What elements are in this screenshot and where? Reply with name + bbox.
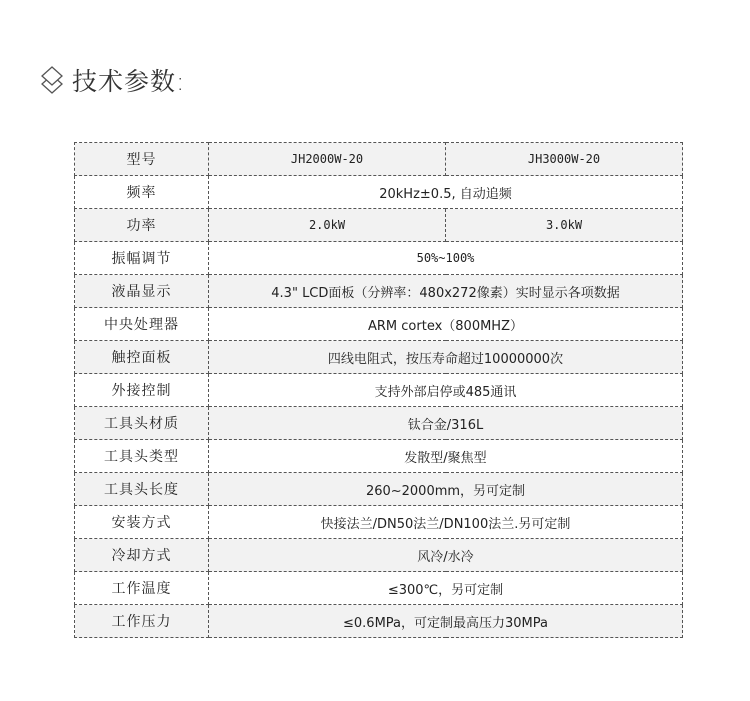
table-row: 频率20kHz±0.5, 自动追频: [75, 176, 683, 209]
row-label: 液晶显示: [75, 275, 209, 308]
row-value: 50%~100%: [209, 242, 683, 275]
row-label: 振幅调节: [75, 242, 209, 275]
row-value: 4.3" LCD面板（分辨率：480x272像素）实时显示各项数据: [209, 275, 683, 308]
row-label: 触控面板: [75, 341, 209, 374]
table-row: 外接控制支持外部启停或485通讯: [75, 374, 683, 407]
row-value: 20kHz±0.5, 自动追频: [209, 176, 683, 209]
table-row: 功率2.0kW3.0kW: [75, 209, 683, 242]
row-value: ARM cortex（800MHZ）: [209, 308, 683, 341]
table-row: 型号JH2000W-20JH3000W-20: [75, 143, 683, 176]
row-value: 3.0kW: [446, 209, 683, 242]
row-value: 风冷/水冷: [209, 539, 683, 572]
table-row: 工具头长度260~2000mm，另可定制: [75, 473, 683, 506]
table-row: 中央处理器ARM cortex（800MHZ）: [75, 308, 683, 341]
table-row: 工具头材质钛合金/316L: [75, 407, 683, 440]
layered-diamond-icon: [38, 65, 66, 95]
row-label: 工具头长度: [75, 473, 209, 506]
section-title: 技术参数:: [72, 62, 185, 98]
row-value: 支持外部启停或485通讯: [209, 374, 683, 407]
row-value: 四线电阻式，按压寿命超过10000000次: [209, 341, 683, 374]
row-label: 工具头类型: [75, 440, 209, 473]
row-label: 工具头材质: [75, 407, 209, 440]
row-label: 安装方式: [75, 506, 209, 539]
table-row: 安装方式快接法兰/DN50法兰/DN100法兰.另可定制: [75, 506, 683, 539]
row-label: 冷却方式: [75, 539, 209, 572]
table-row: 振幅调节50%~100%: [75, 242, 683, 275]
table-row: 液晶显示4.3" LCD面板（分辨率：480x272像素）实时显示各项数据: [75, 275, 683, 308]
row-value: 快接法兰/DN50法兰/DN100法兰.另可定制: [209, 506, 683, 539]
table-row: 触控面板四线电阻式，按压寿命超过10000000次: [75, 341, 683, 374]
row-value: 发散型/聚焦型: [209, 440, 683, 473]
row-label: 型号: [75, 143, 209, 176]
row-label: 外接控制: [75, 374, 209, 407]
row-value: ≤300℃，另可定制: [209, 572, 683, 605]
spec-table: 型号JH2000W-20JH3000W-20频率20kHz±0.5, 自动追频功…: [74, 142, 683, 638]
row-label: 工作压力: [75, 605, 209, 638]
row-label: 工作温度: [75, 572, 209, 605]
row-value: ≤0.6MPa，可定制最高压力30MPa: [209, 605, 683, 638]
row-label: 中央处理器: [75, 308, 209, 341]
row-label: 频率: [75, 176, 209, 209]
table-row: 工作压力≤0.6MPa，可定制最高压力30MPa: [75, 605, 683, 638]
table-row: 工作温度≤300℃，另可定制: [75, 572, 683, 605]
section-heading: 技术参数:: [38, 62, 185, 98]
row-value: 钛合金/316L: [209, 407, 683, 440]
row-value: 2.0kW: [209, 209, 446, 242]
row-label: 功率: [75, 209, 209, 242]
row-value: 260~2000mm，另可定制: [209, 473, 683, 506]
row-value: JH2000W-20: [209, 143, 446, 176]
table-row: 冷却方式风冷/水冷: [75, 539, 683, 572]
row-value: JH3000W-20: [446, 143, 683, 176]
table-row: 工具头类型发散型/聚焦型: [75, 440, 683, 473]
